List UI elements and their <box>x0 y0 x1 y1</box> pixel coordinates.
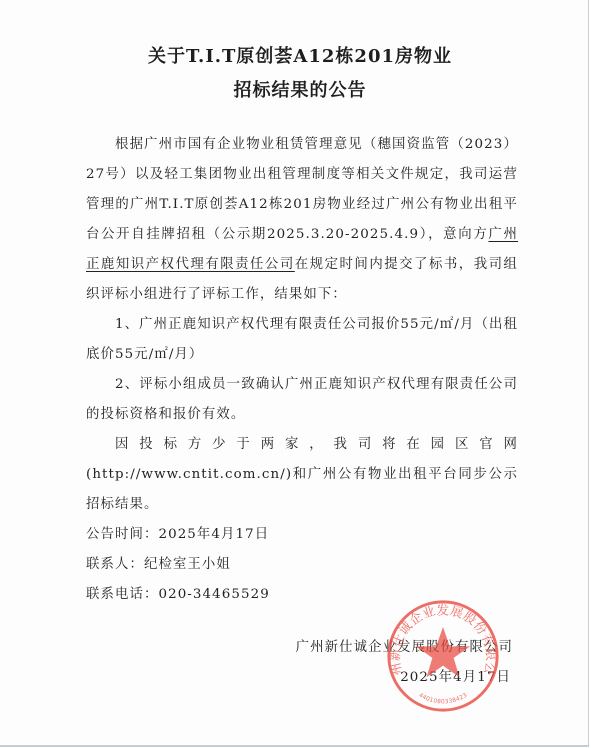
signature-block: 广州新仕诚企业发展股份有限公司 2025年4月17日 <box>296 633 513 693</box>
document-title-line1: 关于T.I.T原创荟A12栋201房物业 <box>0 42 591 68</box>
document-title-line2: 招标结果的公告 <box>0 76 591 102</box>
contact-person: 联系人：纪检室王小姐 <box>86 550 518 580</box>
contact-phone: 联系电话：020-34465529 <box>86 580 518 610</box>
svg-text:4401080338423: 4401080338423 <box>417 693 468 706</box>
document-body: 根据广州市国有企业物业租赁管理意见（穗国资监管（2023）27号）以及轻工集团物… <box>86 130 518 610</box>
seal-code: 4401080338423 <box>417 693 468 706</box>
result-item-1: 1、广州正鹿知识产权代理有限责任公司报价55元/㎡/月（出租底价55元/㎡/月） <box>86 310 518 370</box>
paragraph-basis: 根据广州市国有企业物业租赁管理意见（穗国资监管（2023）27号）以及轻工集团物… <box>86 130 518 310</box>
paragraph-website: 因投标方少于两家，我司将在园区官网(http://www.cntit.com.c… <box>86 430 518 520</box>
announce-time: 公告时间：2025年4月17日 <box>86 520 518 550</box>
document-page: 关于T.I.T原创荟A12栋201房物业 招标结果的公告 根据广州市国有企业物业… <box>0 0 589 747</box>
paragraph-basis-text: 根据广州市国有企业物业租赁管理意见（穗国资监管（2023）27号）以及轻工集团物… <box>86 137 518 242</box>
signature-company: 广州新仕诚企业发展股份有限公司 <box>296 633 513 663</box>
result-item-2: 2、评标小组成员一致确认广州正鹿知识产权代理有限责任公司的投标资格和报价有效。 <box>86 370 518 430</box>
signature-date: 2025年4月17日 <box>296 663 513 693</box>
